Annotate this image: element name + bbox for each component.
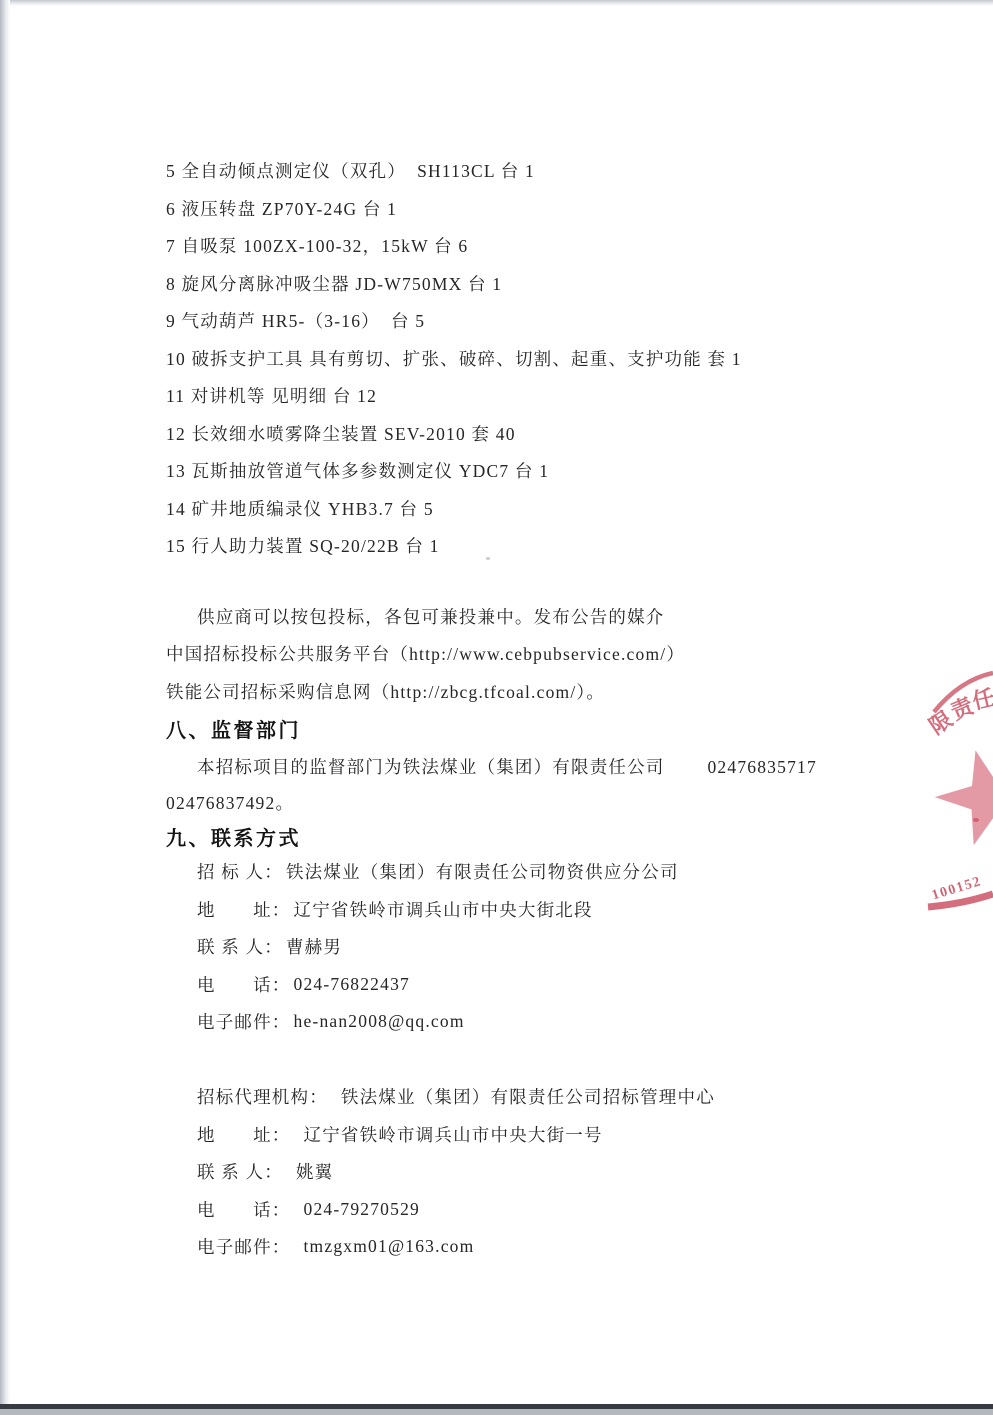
equipment-item-15: 15 行人助力装置 SQ-20/22B 台 1 (166, 527, 978, 565)
heading-text: 九、联系方式 (166, 822, 301, 851)
field-value: 辽宁省铁岭市调兵山市中央大街北段 (291, 897, 593, 922)
field-label: 电子邮件： (197, 1009, 291, 1034)
page-edge-top (0, 0, 993, 6)
field-label: 电 话： (197, 972, 291, 997)
equipment-item-text: 5 全自动倾点测定仪（双孔） SH113CL 台 1 (166, 158, 535, 183)
equipment-item-text: 10 破拆支护工具 具有剪切、扩张、破碎、切割、起重、支护功能 套 1 (166, 346, 742, 371)
section-heading-contact: 九、联系方式 (166, 819, 978, 853)
supervision-text: 本招标项目的监督部门为铁法煤业（集团）有限责任公司 02476835717 (197, 754, 817, 779)
notice-paragraph-line-1: 供应商可以按包投标，各包可兼投兼中。发布公告的媒介 (166, 598, 978, 636)
equipment-item-text: 11 对讲机等 见明细 台 12 (166, 383, 377, 408)
field-label: 电 话： (197, 1197, 291, 1222)
blank-gap (166, 565, 978, 598)
equipment-item-9: 9 气动葫芦 HR5-（3-16） 台 5 (166, 302, 978, 340)
field-value: 曹赫男 (283, 934, 342, 959)
supervision-text: 02476837492。 (166, 790, 294, 815)
page-edge-left (0, 0, 10, 1415)
notice-paragraph-line-3: 铁能公司招标采购信息网（http://zbcg.tfcoal.com/）。 (166, 673, 978, 711)
field-value: 024-79270529 (291, 1199, 420, 1220)
equipment-item-text: 12 长效细水喷雾降尘装置 SEV-2010 套 40 (166, 421, 516, 446)
heading-text: 八、监督部门 (166, 714, 301, 743)
tenderer-row-contact-person: 联 系 人：曹赫男 (166, 928, 978, 966)
page-content: 5 全自动倾点测定仪（双孔） SH113CL 台 1 6 液压转盘 ZP70Y-… (166, 152, 978, 1266)
supervision-body-line-1: 本招标项目的监督部门为铁法煤业（集团）有限责任公司 02476835717 (166, 748, 978, 786)
agency-row-email: 电子邮件：tmzgxm01@163.com (166, 1228, 978, 1266)
notice-text: 中国招标投标公共服务平台（http://www.cebpubservice.co… (166, 641, 685, 666)
equipment-item-6: 6 液压转盘 ZP70Y-24G 台 1 (166, 190, 978, 228)
equipment-item-13: 13 瓦斯抽放管道气体多参数测定仪 YDC7 台 1 (166, 452, 978, 490)
field-label: 招 标 人： (197, 859, 283, 884)
agency-row-phone: 电 话：024-79270529 (166, 1191, 978, 1229)
equipment-item-text: 7 自吸泵 100ZX-100-32，15kW 台 6 (166, 233, 468, 258)
field-label: 地 址： (197, 897, 291, 922)
agency-row-contact-person: 联 系 人：姚翼 (166, 1153, 978, 1191)
scan-speck (486, 557, 490, 560)
agency-row-address: 地 址：辽宁省铁岭市调兵山市中央大街一号 (166, 1116, 978, 1154)
field-label: 联 系 人： (197, 934, 283, 959)
page-edge-bottom (0, 1404, 993, 1415)
field-value: he-nan2008@qq.com (291, 1011, 465, 1032)
equipment-item-text: 8 旋风分离脉冲吸尘器 JD-W750MX 台 1 (166, 271, 502, 296)
field-label: 联 系 人： (197, 1159, 283, 1184)
equipment-item-5: 5 全自动倾点测定仪（双孔） SH113CL 台 1 (166, 152, 978, 190)
equipment-item-text: 6 液压转盘 ZP70Y-24G 台 1 (166, 196, 397, 221)
supervision-body-line-2: 02476837492。 (166, 785, 978, 819)
field-value: 铁法煤业（集团）有限责任公司招标管理中心 (328, 1084, 715, 1109)
tenderer-row-name: 招 标 人：铁法煤业（集团）有限责任公司物资供应分公司 (166, 853, 978, 891)
field-label: 地 址： (197, 1122, 291, 1147)
equipment-item-12: 12 长效细水喷雾降尘装置 SEV-2010 套 40 (166, 415, 978, 453)
equipment-item-10: 10 破拆支护工具 具有剪切、扩张、破碎、切割、起重、支护功能 套 1 (166, 340, 978, 378)
field-label: 电子邮件： (197, 1234, 291, 1259)
tenderer-row-phone: 电 话：024-76822437 (166, 966, 978, 1004)
notice-text: 供应商可以按包投标，各包可兼投兼中。发布公告的媒介 (197, 604, 665, 629)
field-value: 姚翼 (283, 1159, 333, 1184)
field-value: 铁法煤业（集团）有限责任公司物资供应分公司 (283, 859, 679, 884)
field-value: tmzgxm01@163.com (291, 1236, 475, 1257)
notice-text: 铁能公司招标采购信息网（http://zbcg.tfcoal.com/）。 (166, 679, 605, 704)
field-value: 024-76822437 (291, 974, 410, 995)
document-page: 5 全自动倾点测定仪（双孔） SH113CL 台 1 6 液压转盘 ZP70Y-… (0, 0, 993, 1415)
tenderer-row-email: 电子邮件：he-nan2008@qq.com (166, 1003, 978, 1041)
field-label: 招标代理机构： (197, 1084, 328, 1109)
tenderer-row-address: 地 址：辽宁省铁岭市调兵山市中央大街北段 (166, 891, 978, 929)
blank-gap (166, 1041, 978, 1079)
section-heading-supervision: 八、监督部门 (166, 710, 978, 748)
equipment-item-11: 11 对讲机等 见明细 台 12 (166, 377, 978, 415)
equipment-item-text: 14 矿井地质编录仪 YHB3.7 台 5 (166, 496, 434, 521)
agency-row-name: 招标代理机构：铁法煤业（集团）有限责任公司招标管理中心 (166, 1078, 978, 1116)
notice-paragraph-line-2: 中国招标投标公共服务平台（http://www.cebpubservice.co… (166, 635, 978, 673)
equipment-item-text: 9 气动葫芦 HR5-（3-16） 台 5 (166, 308, 425, 333)
equipment-item-text: 13 瓦斯抽放管道气体多参数测定仪 YDC7 台 1 (166, 458, 549, 483)
equipment-item-text: 15 行人助力装置 SQ-20/22B 台 1 (166, 533, 440, 558)
equipment-item-14: 14 矿井地质编录仪 YHB3.7 台 5 (166, 490, 978, 528)
equipment-item-7: 7 自吸泵 100ZX-100-32，15kW 台 6 (166, 227, 978, 265)
equipment-item-8: 8 旋风分离脉冲吸尘器 JD-W750MX 台 1 (166, 265, 978, 303)
field-value: 辽宁省铁岭市调兵山市中央大街一号 (291, 1122, 603, 1147)
